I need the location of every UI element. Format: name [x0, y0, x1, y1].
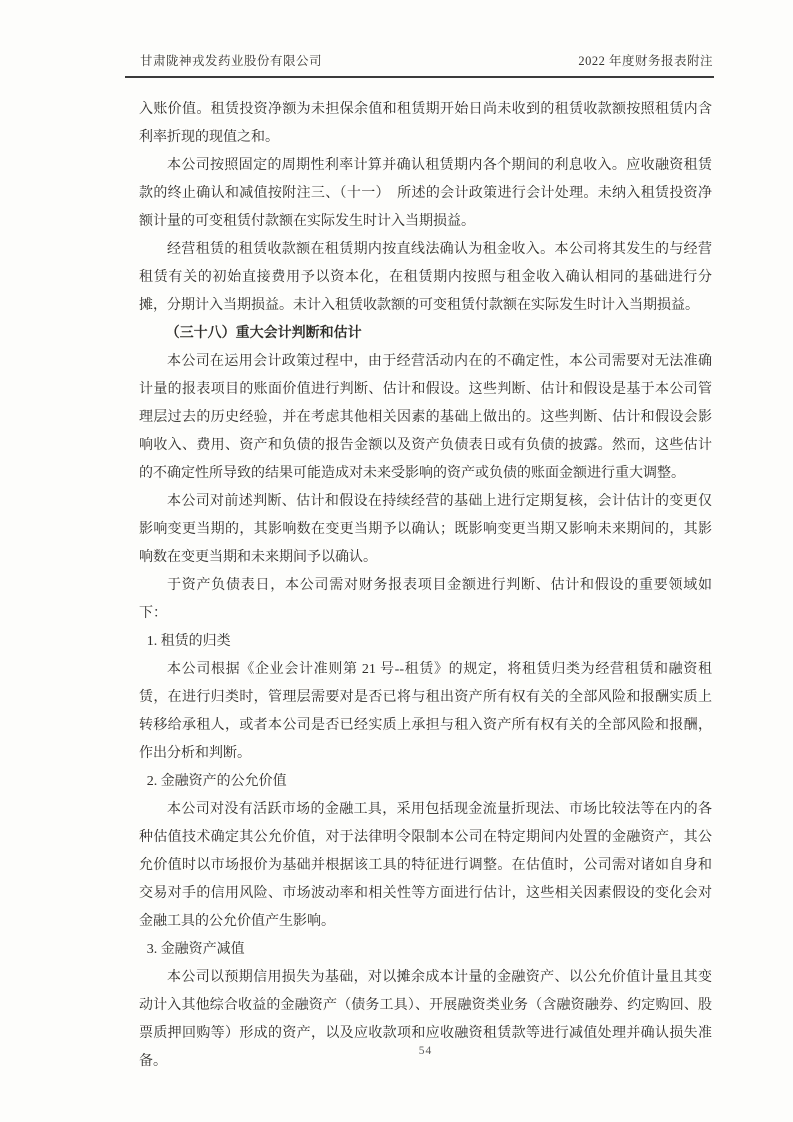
paragraph-impairment: 本公司以预期信用损失为基础，对以摊余成本计量的金融资产、以公允价值计量且其变动计…	[139, 964, 712, 1076]
page-header: 甘肃陇神戎发药业股份有限公司 2022 年度财务报表附注	[140, 53, 713, 70]
paragraph-key-areas-intro: 于资产负债表日，本公司需对财务报表项目金额进行判断、估计和假设的重要领域如下：	[139, 572, 712, 628]
paragraph-judgment-estimates: 本公司在运用会计政策过程中，由于经营活动内在的不确定性，本公司需要对无法准确计量…	[139, 348, 712, 488]
document-body: 入账价值。租赁投资净额为未担保余值和租赁期开始日尚未收到的租赁收款额按照租赁内含…	[139, 96, 712, 1076]
paragraph-periodic-review: 本公司对前述判断、估计和假设在持续经营的基础上进行定期复核，会计估计的变更仅影响…	[139, 488, 712, 572]
subsection-heading-fair-value: 2. 金融资产的公允价值	[139, 768, 712, 796]
subsection-heading-impairment: 3. 金融资产减值	[139, 936, 712, 964]
page-footer: 54	[139, 1045, 712, 1057]
page-number: 54	[419, 1045, 433, 1057]
header-doc-title: 2022 年度财务报表附注	[578, 53, 713, 70]
document-page: 甘肃陇神戎发药业股份有限公司 2022 年度财务报表附注 入账价值。租赁投资净额…	[0, 0, 793, 1122]
paragraph-fair-value: 本公司对没有活跃市场的金融工具，采用包括现金流量折现法、市场比较法等在内的各种估…	[139, 796, 712, 936]
paragraph-interest-income: 本公司按照固定的周期性利率计算并确认租赁期内各个期间的利息收入。应收融资租赁款的…	[139, 152, 712, 236]
header-rule	[125, 76, 714, 78]
header-company-name: 甘肃陇神戎发药业股份有限公司	[140, 53, 322, 70]
section-heading-38: （三十八）重大会计判断和估计	[139, 320, 712, 348]
paragraph-lease-value-continuation: 入账价值。租赁投资净额为未担保余值和租赁期开始日尚未收到的租赁收款额按照租赁内含…	[139, 96, 712, 152]
paragraph-lease-classification: 本公司根据《企业会计准则第 21 号--租赁》的规定，将租赁归类为经营租赁和融资…	[139, 656, 712, 768]
subsection-heading-lease-classification: 1. 租赁的归类	[139, 628, 712, 656]
paragraph-operating-lease-income: 经营租赁的租赁收款额在租赁期内按直线法确认为租金收入。本公司将其发生的与经营租赁…	[139, 236, 712, 320]
